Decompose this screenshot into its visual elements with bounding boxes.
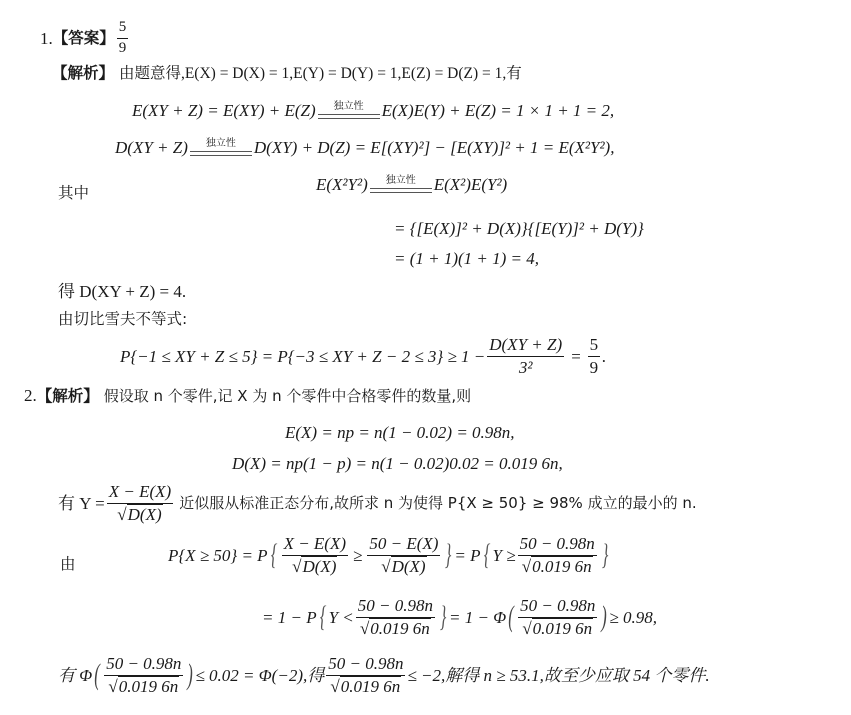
p-lhs: P{X ≥ 50} = P bbox=[168, 547, 268, 564]
double-bar bbox=[190, 151, 252, 156]
l2-f2-den: √0.019 6n bbox=[522, 618, 593, 638]
l3-f-num: 50 − 0.98n bbox=[104, 655, 183, 676]
equation-3-line-2: = {[E(X)]² + D(X)}{[E(Y)]² + D(Y)} bbox=[394, 220, 644, 237]
answer-numerator: 5 bbox=[117, 20, 129, 39]
l2-prefix: = 1 − P bbox=[262, 609, 317, 626]
variance-equation: D(X) = np(1 − p) = n(1 − 0.02)0.02 = 0.0… bbox=[232, 455, 563, 472]
equation-2: D(XY + Z) 独立性 D(XY) + D(Z) = E[(XY)²] − … bbox=[115, 139, 614, 156]
p-y-geq: Y ≥ bbox=[493, 547, 516, 564]
right-brace: } bbox=[440, 602, 447, 632]
cheb-res-den: 9 bbox=[590, 357, 599, 377]
problem-number: 1. bbox=[40, 30, 53, 47]
p-f2-den: √D(X) bbox=[381, 556, 426, 576]
l2-f-num: 50 − 0.98n bbox=[356, 597, 435, 618]
cheb-res-num: 5 bbox=[588, 336, 601, 357]
l2-fraction-1: 50 − 0.98n √0.019 6n bbox=[356, 597, 435, 638]
right-paren: ) bbox=[602, 602, 608, 632]
result-line: 得 D(XY + Z) = 4. bbox=[58, 283, 186, 300]
independence-equals: 独立性 bbox=[370, 176, 432, 193]
l3-mid: ≤ 0.02 = Φ(−2),得 bbox=[195, 667, 324, 684]
eq2-right: D(XY) + D(Z) = E[(XY)²] − [E(XY)]² + 1 =… bbox=[254, 139, 615, 156]
y-prefix: 有 Y = bbox=[58, 495, 105, 512]
equation-1: E(XY + Z) = E(XY) + E(Z) 独立性 E(X)E(Y) + … bbox=[132, 102, 614, 119]
y-suffix: 近似服从标准正态分布,故所求 n 为使得 P{X ≥ 50} ≥ 98% 成立的… bbox=[179, 496, 696, 511]
problem-1-analysis-intro: 【解析】 由题意得,E(X) = D(X) = 1,E(Y) = D(Y) = … bbox=[52, 66, 522, 82]
l2-f-radicand: 0.019 6n bbox=[369, 618, 431, 638]
answer-fraction: 5 9 bbox=[117, 20, 129, 57]
eq3-left: E(X²Y²) bbox=[316, 176, 368, 193]
probability-equation-line-2: = 1 − P { Y < 50 − 0.98n √0.019 6n } = 1… bbox=[262, 597, 657, 638]
y-fraction: X − E(X) √D(X) bbox=[107, 483, 173, 524]
l2-f2-radicand: 0.019 6n bbox=[532, 618, 594, 638]
left-brace: { bbox=[319, 602, 326, 632]
l3-prefix: 有 Φ bbox=[58, 667, 92, 684]
answer-label: 【答案】 bbox=[53, 31, 115, 47]
l3-f2-radicand: 0.019 6n bbox=[340, 676, 402, 696]
independence-equals: 独立性 bbox=[190, 139, 252, 156]
p-f3-num: 50 − 0.98n bbox=[518, 535, 597, 556]
l2-f2-num: 50 − 0.98n bbox=[518, 597, 597, 618]
cheb-end: . bbox=[602, 348, 606, 365]
y-num: X − E(X) bbox=[107, 483, 173, 504]
l3-f2-num: 50 − 0.98n bbox=[326, 655, 405, 676]
p-fraction-2: 50 − E(X) √D(X) bbox=[367, 535, 440, 576]
independence-label: 独立性 bbox=[206, 139, 236, 149]
cheb-result-fraction: 5 9 bbox=[588, 336, 601, 377]
l2-mid: = 1 − Φ bbox=[449, 609, 506, 626]
eq2-left: D(XY + Z) bbox=[115, 139, 188, 156]
p-fraction-3: 50 − 0.98n √0.019 6n bbox=[518, 535, 597, 576]
independence-equals: 独立性 bbox=[318, 102, 380, 119]
cheb-eq: = bbox=[570, 348, 581, 365]
l3-f-den: √0.019 6n bbox=[108, 676, 179, 696]
left-brace: { bbox=[483, 540, 490, 570]
right-brace: } bbox=[445, 540, 452, 570]
cheb-fraction: D(XY + Z) 3² bbox=[487, 336, 564, 377]
l3-f-radicand: 0.019 6n bbox=[118, 676, 180, 696]
left-brace: { bbox=[270, 540, 277, 570]
l2-fraction-2: 50 − 0.98n √0.019 6n bbox=[518, 597, 597, 638]
where-label: 其中 bbox=[58, 186, 89, 202]
double-bar bbox=[370, 188, 432, 193]
problem-2-intro-line: 2.【解析】 假设取 n 个零件,记 X 为 n 个零件中合格零件的数量,则 bbox=[24, 387, 471, 405]
eq3-right: E(X²)E(Y²) bbox=[434, 176, 507, 193]
p-f1-num: X − E(X) bbox=[282, 535, 348, 556]
expectation-equation: E(X) = np = n(1 − 0.02) = 0.98n, bbox=[285, 424, 515, 441]
analysis-label: 【解析】 bbox=[52, 64, 114, 82]
independence-label: 独立性 bbox=[334, 102, 364, 112]
left-paren: ( bbox=[508, 602, 514, 632]
problem-2-intro-text: 假设取 n 个零件,记 X 为 n 个零件中合格零件的数量,则 bbox=[104, 387, 471, 405]
analysis-intro-text: 由题意得,E(X) = D(X) = 1,E(Y) = D(Y) = 1,E(Z… bbox=[119, 65, 522, 82]
p-eq-mid: = P bbox=[454, 547, 480, 564]
analysis-label: 【解析】 bbox=[37, 387, 99, 405]
p-f1-den: √D(X) bbox=[292, 556, 337, 576]
standardization-line: 有 Y = X − E(X) √D(X) 近似服从标准正态分布,故所求 n 为使… bbox=[58, 483, 697, 524]
right-paren: ) bbox=[188, 660, 194, 690]
p-f2-num: 50 − E(X) bbox=[367, 535, 440, 556]
l2-end: ≥ 0.98, bbox=[609, 609, 657, 626]
by-label: 由 bbox=[60, 557, 76, 573]
l3-f2-den: √0.019 6n bbox=[330, 676, 401, 696]
independence-label: 独立性 bbox=[386, 176, 416, 186]
p-f2-radicand: D(X) bbox=[391, 556, 427, 576]
chebyshev-inequality: P{−1 ≤ XY + Z ≤ 5} = P{−3 ≤ XY + Z − 2 ≤… bbox=[120, 336, 606, 377]
p-f3-radicand: 0.019 6n bbox=[531, 556, 593, 576]
left-paren: ( bbox=[94, 660, 100, 690]
right-brace: } bbox=[602, 540, 609, 570]
conclusion-line: 有 Φ ( 50 − 0.98n √0.019 6n ) ≤ 0.02 = Φ(… bbox=[58, 655, 710, 696]
y-den-radicand: D(X) bbox=[127, 504, 163, 524]
y-den: √D(X) bbox=[117, 504, 162, 524]
probability-equation-line-1: P{X ≥ 50} = P { X − E(X) √D(X) ≥ 50 − E(… bbox=[168, 535, 611, 576]
equation-3: E(X²Y²) 独立性 E(X²)E(Y²) bbox=[316, 176, 507, 193]
cheb-frac-den: 3² bbox=[519, 357, 533, 377]
double-bar bbox=[318, 114, 380, 119]
l2-f-den: √0.019 6n bbox=[360, 618, 431, 638]
p-fraction-1: X − E(X) √D(X) bbox=[282, 535, 348, 576]
l2-y-lt: Y < bbox=[329, 609, 354, 626]
cheb-frac-num: D(XY + Z) bbox=[487, 336, 564, 357]
eq1-right: E(X)E(Y) + E(Z) = 1 × 1 + 1 = 2, bbox=[382, 102, 615, 119]
answer-denominator: 9 bbox=[119, 39, 127, 57]
equation-3-line-3: = (1 + 1)(1 + 1) = 4, bbox=[394, 250, 539, 267]
l3-fraction-1: 50 − 0.98n √0.019 6n bbox=[104, 655, 183, 696]
p-f3-den: √0.019 6n bbox=[522, 556, 593, 576]
p-geq: ≥ bbox=[353, 547, 362, 564]
problem-1-answer-line: 1. 【答案】 5 9 bbox=[40, 20, 130, 57]
chebyshev-intro: 由切比雪夫不等式: bbox=[58, 312, 187, 328]
cheb-lhs: P{−1 ≤ XY + Z ≤ 5} = P{−3 ≤ XY + Z − 2 ≤… bbox=[120, 348, 485, 365]
eq1-left: E(XY + Z) = E(XY) + E(Z) bbox=[132, 102, 316, 119]
problem-number: 2. bbox=[24, 386, 37, 405]
l3-end: ≤ −2,解得 n ≥ 53.1,故至少应取 54 个零件. bbox=[407, 667, 709, 684]
p-f1-radicand: D(X) bbox=[301, 556, 337, 576]
l3-fraction-2: 50 − 0.98n √0.019 6n bbox=[326, 655, 405, 696]
